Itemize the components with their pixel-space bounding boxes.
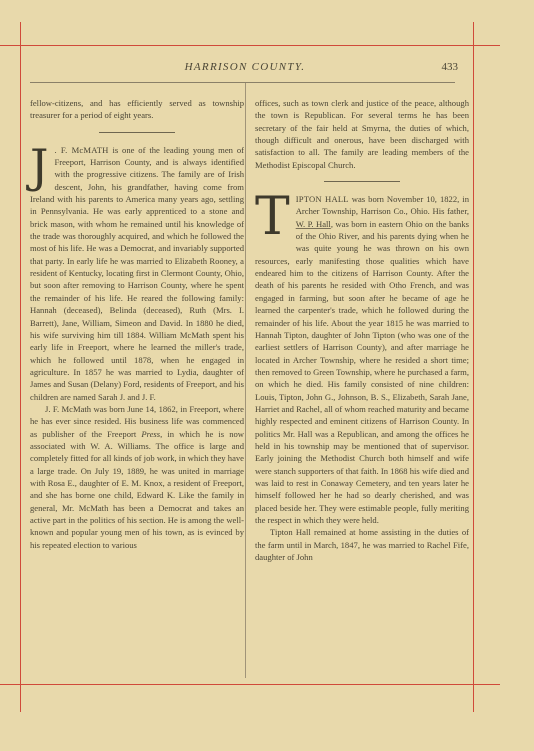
- biography-entry-hall: TIPTON HALL was born November 10, 1822, …: [255, 193, 469, 563]
- dropcap-letter: J: [30, 146, 48, 190]
- entry-body-text: is one of the leading young men of Freep…: [30, 145, 244, 402]
- running-title: HARRISON COUNTY.: [30, 61, 460, 73]
- underlined-name: W. P. Hall: [296, 219, 331, 229]
- book-page: HARRISON COUNTY. 433 fellow-citizens, an…: [0, 0, 534, 751]
- continuation-paragraph: fellow-citizens, and has efficiently ser…: [30, 97, 244, 122]
- left-column: fellow-citizens, and has efficiently ser…: [30, 97, 244, 551]
- right-margin-rule: [473, 22, 474, 712]
- entry-separator: [324, 181, 400, 182]
- newspaper-title: Press: [141, 429, 160, 439]
- continuation-paragraph: offices, such as town clerk and justice …: [255, 97, 469, 171]
- entry-paragraph: J. F. McMath was born June 14, 1862, in …: [30, 403, 244, 551]
- entry-separator: [99, 132, 175, 133]
- entry-lead-name: . F. McMATH: [54, 145, 108, 155]
- entry-lead-name: IPTON HALL: [296, 194, 349, 204]
- top-margin-rule: [0, 45, 500, 46]
- dropcap-letter: T: [255, 194, 290, 244]
- biography-entry-mcmath: J. F. McMATH is one of the leading young…: [30, 144, 244, 551]
- header-rule: [30, 82, 455, 83]
- paragraph-text: , in which he is now associated with W. …: [30, 429, 244, 550]
- running-header: HARRISON COUNTY. 433: [30, 61, 460, 77]
- left-margin-rule: [20, 22, 21, 712]
- bottom-margin-rule: [0, 684, 500, 685]
- column-divider: [245, 83, 246, 678]
- right-column: offices, such as town clerk and justice …: [255, 97, 469, 563]
- entry-paragraph: Tipton Hall remained at home assisting i…: [255, 526, 469, 563]
- entry-body-text: , was born in eastern Ohio on the banks …: [255, 219, 469, 525]
- page-number: 433: [442, 61, 459, 73]
